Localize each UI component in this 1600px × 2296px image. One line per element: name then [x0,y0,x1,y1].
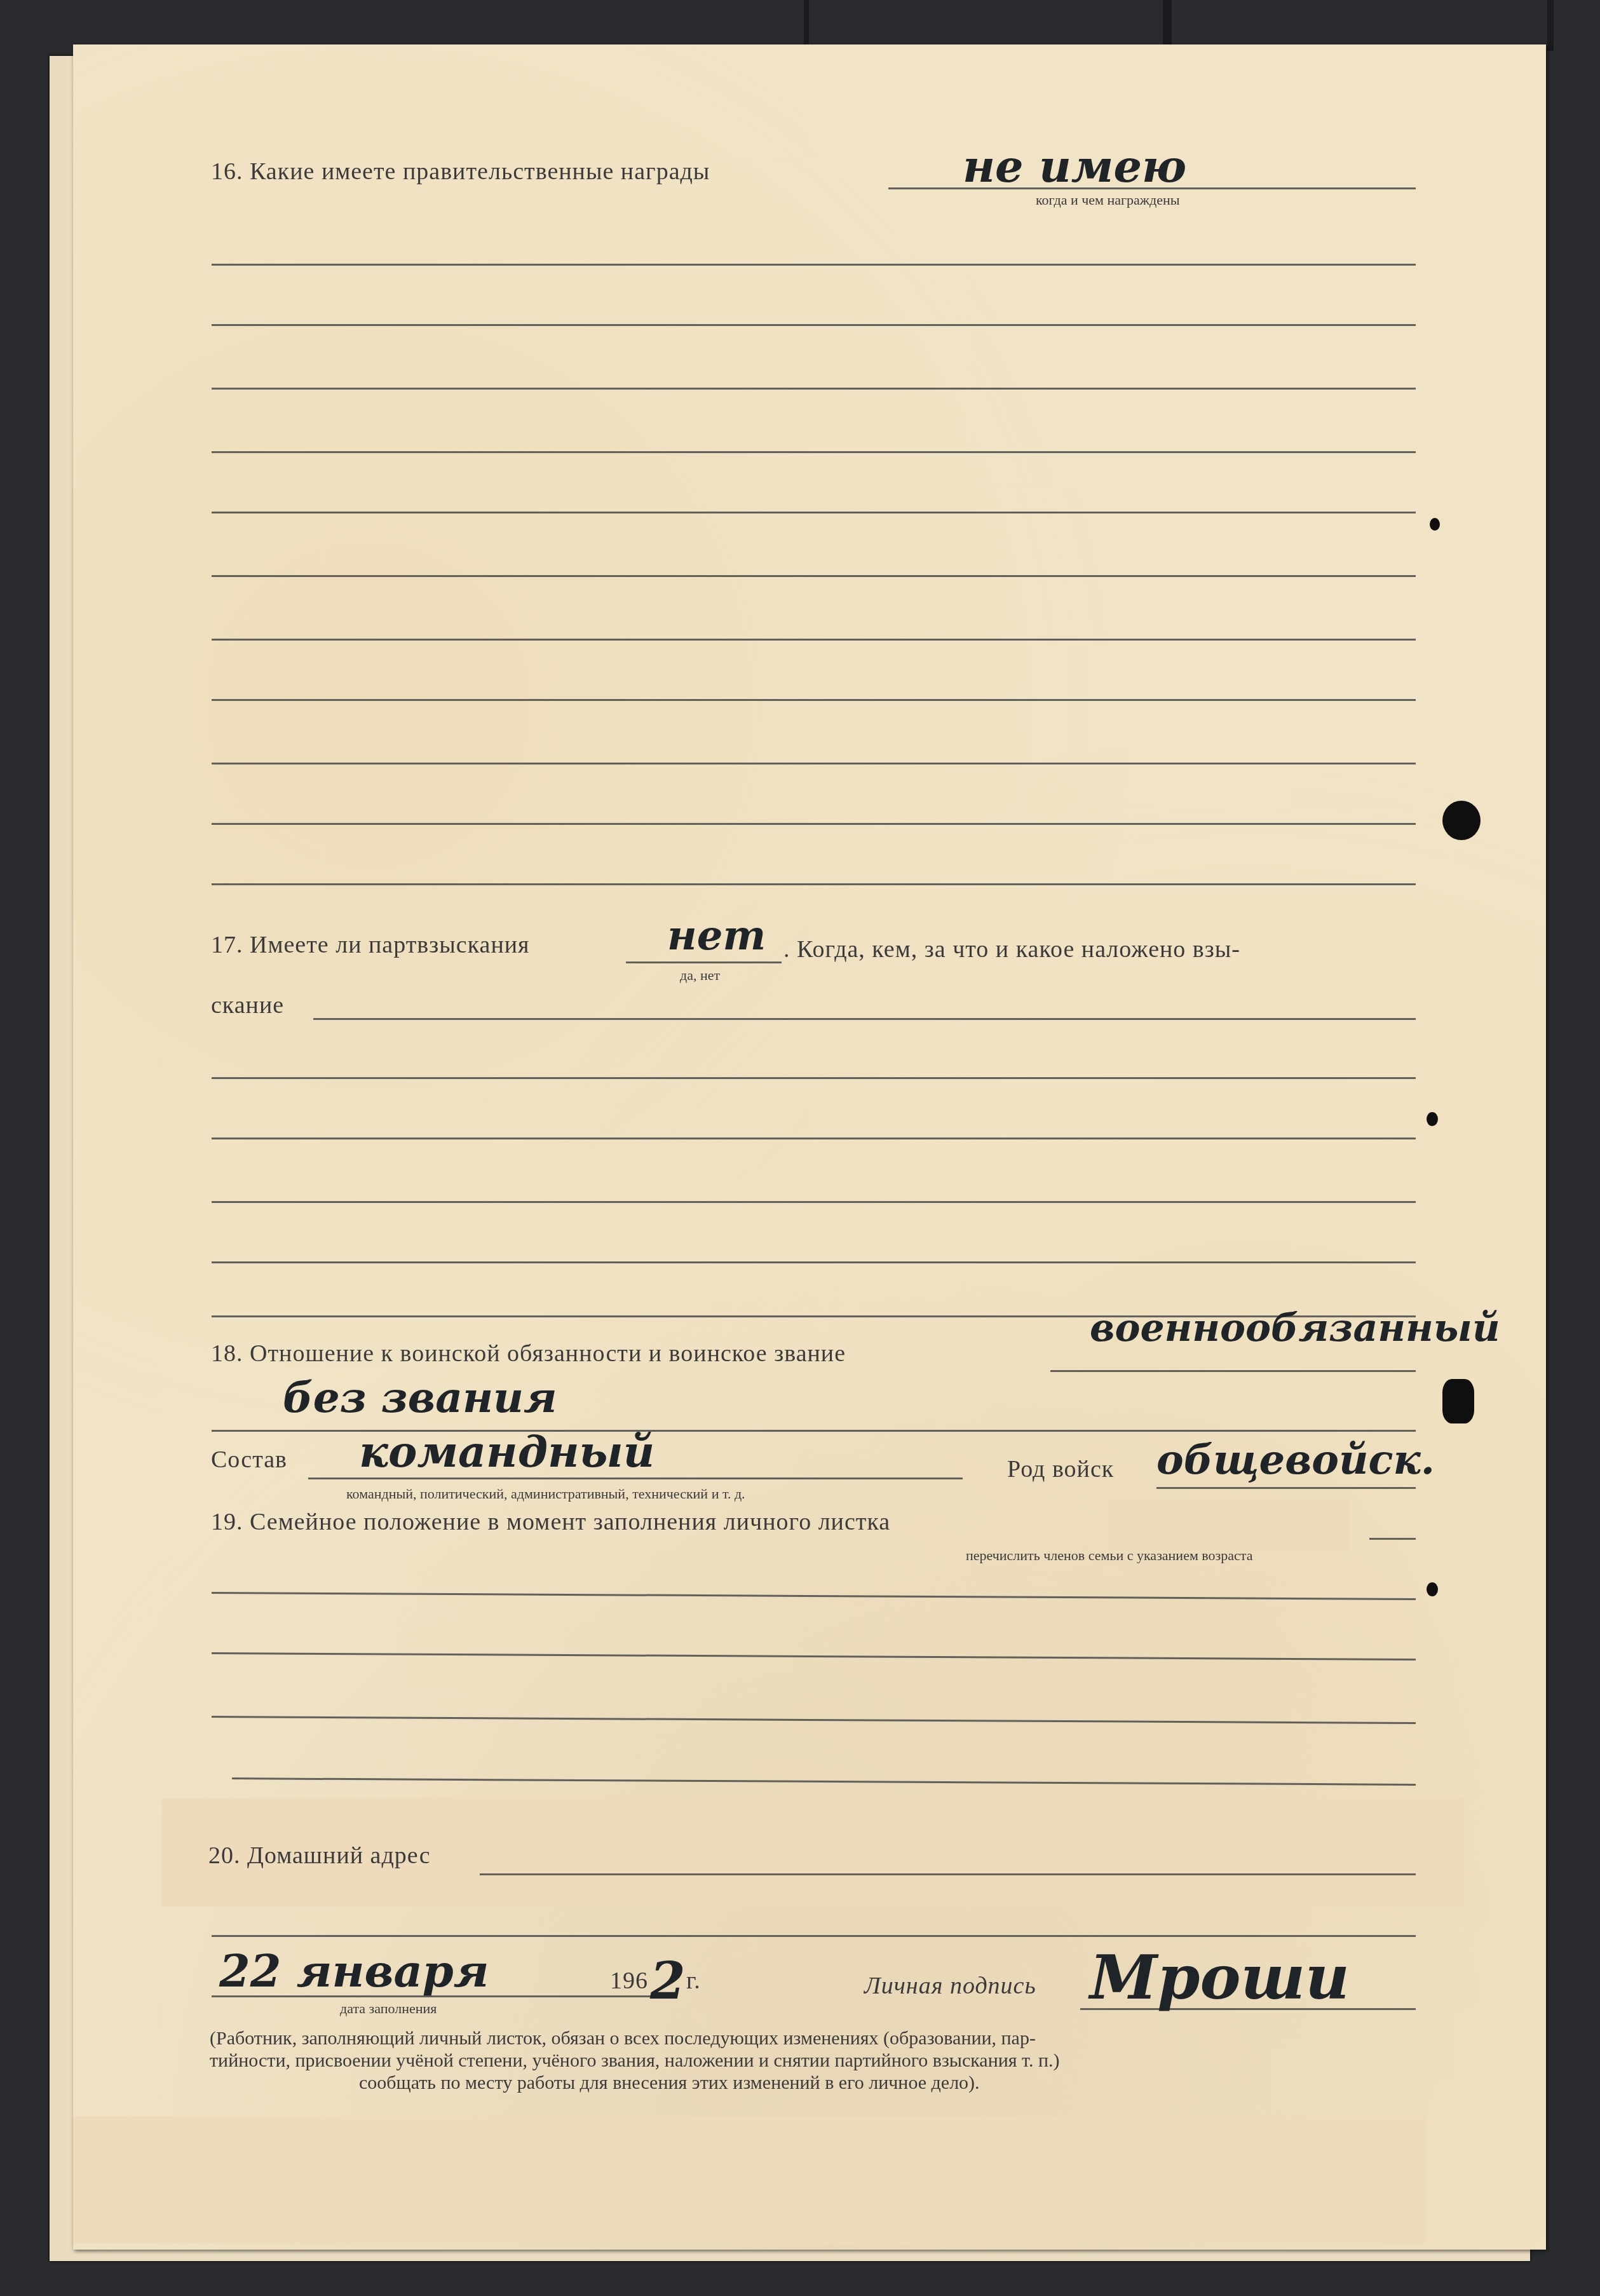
blank-line [212,1201,1416,1203]
year-suffix: 2 [650,1951,686,2011]
q17-answer: нет [667,912,766,960]
document-page: 16. Какие имеете правительственные награ… [73,44,1546,2250]
q18-answer: военнообязанный [1090,1306,1500,1350]
q19-answer-line [1369,1538,1416,1540]
q17-label: 17. Имеете ли партвзыскания [211,931,530,959]
notice-line-3: сообщать по месту работы для внесения эт… [359,2072,980,2095]
binder-stripe [1163,0,1172,51]
q19-hint: перечислить членов семьи с указанием воз… [966,1547,1252,1564]
branch-label: Род войск [1007,1455,1114,1483]
q16-answer: не имею [963,140,1186,193]
branch-answer-line [1156,1487,1416,1489]
blank-line [212,763,1416,764]
binder-stripe [1547,0,1554,51]
blank-line [212,1261,1416,1263]
q17-answer-line-2 [313,1018,1416,1020]
blank-line [212,1716,1416,1724]
blank-line [232,1777,1416,1786]
punch-hole [1430,518,1440,531]
q18-answer-line [1050,1370,1416,1372]
blank-line [212,699,1416,701]
blank-line [212,575,1416,577]
blank-line [212,512,1416,513]
year-prefix: 196 [610,1967,648,1995]
signature-label: Личная подпись [864,1972,1036,2000]
blank-line [212,883,1416,885]
punch-hole [1427,1112,1438,1126]
q16-label: 16. Какие имеете правительственные награ… [211,158,710,186]
date-answer: 22 января [219,1945,489,1997]
binder-stripe [804,0,809,51]
q20-label: 20. Домашний адрес [208,1842,431,1870]
blank-line [212,823,1416,825]
composition-answer-line [308,1477,963,1479]
composition-answer: командный [359,1427,654,1477]
composition-hint: командный, политический, административны… [346,1486,745,1502]
blank-line [212,639,1416,641]
blank-line [212,1138,1416,1139]
q17-hint: да, нет [680,967,720,984]
q20-answer-line [480,1873,1416,1875]
redaction [73,2116,1427,2243]
composition-label: Состав [211,1446,287,1474]
q18-answer-line2: без звания [283,1373,557,1422]
signature: Мроши [1090,1941,1350,2013]
q17-label-wrap: скание [211,991,284,1019]
punch-hole [1442,801,1481,840]
blank-line [212,388,1416,390]
blank-line [212,1077,1416,1079]
q19-label: 19. Семейное положение в момент заполнен… [211,1508,890,1536]
q17-answer-line [626,961,782,963]
blank-line [212,324,1416,326]
q20-answer-line-2 [212,1935,1416,1937]
q16-hint: когда и чем награждены [1036,192,1180,208]
blank-line [212,1652,1416,1661]
notice-line-2: тийности, присвоении учёной степени, учё… [210,2049,1059,2072]
q17-label-continued: . Когда, кем, за что и какое наложено вз… [783,935,1240,963]
date-answer-line [212,1995,672,1997]
year-unit: г. [686,1967,701,1995]
punch-hole [1442,1379,1474,1423]
branch-answer: общевойск. [1156,1436,1435,1484]
punch-hole [1427,1582,1438,1596]
redaction [1109,1500,1350,1551]
blank-line [212,264,1416,266]
blank-line [212,1592,1416,1600]
date-hint: дата заполнения [340,2001,437,2017]
notice-line-1: (Работник, заполняющий личный листок, об… [210,2027,1036,2050]
blank-line [212,451,1416,453]
q18-label: 18. Отношение к воинской обязанности и в… [211,1340,846,1368]
